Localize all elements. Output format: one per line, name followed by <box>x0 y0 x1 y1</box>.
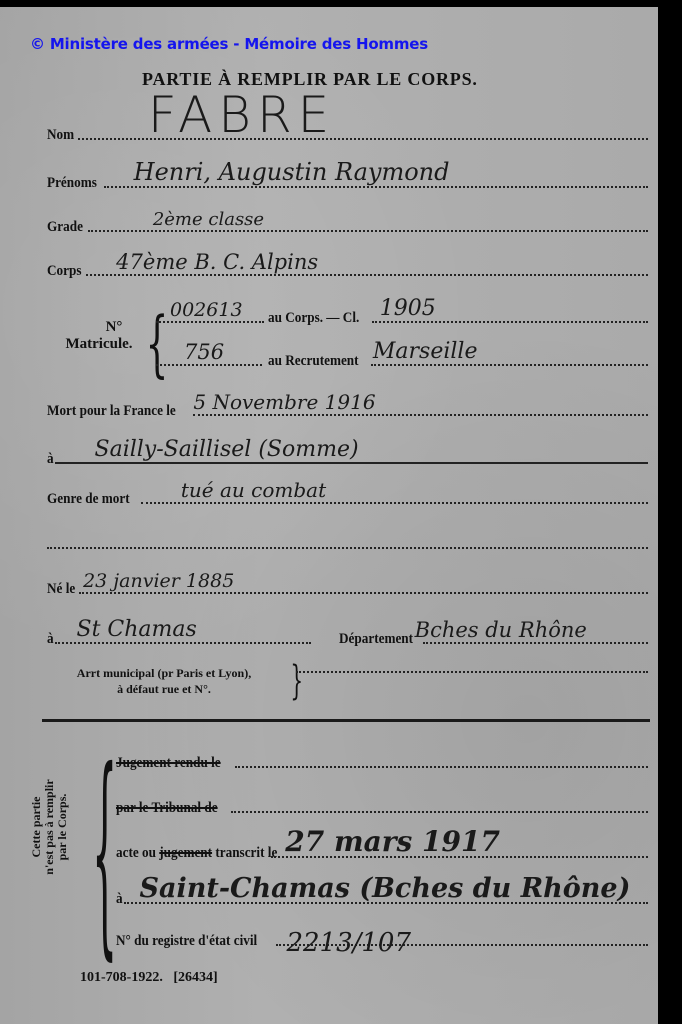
matricule-label: N° Matricule. <box>80 319 148 353</box>
field-matricule-recrutement: 756 au Recrutement Marseille <box>156 353 648 370</box>
corps-label: Corps <box>47 263 81 280</box>
mort-value: 5 Novembre 1916 <box>193 390 375 414</box>
departement-label: Département <box>339 631 413 648</box>
genre-mort-label: Genre de mort <box>47 491 130 508</box>
field-lieu-naissance: à St Chamas Département Bches du Rhône <box>47 631 648 648</box>
matricule-corps-label: au Corps. — Cl. <box>268 310 359 327</box>
jugement-label: Jugement rendu le <box>116 755 221 772</box>
recrutement-value: Marseille <box>373 339 478 364</box>
transcrit-value: 27 mars 1917 <box>285 825 500 858</box>
nom-value: FABRE <box>148 86 335 144</box>
field-arrondissement <box>296 671 648 677</box>
registre-label: N° du registre d'état civil <box>116 933 257 950</box>
classe-value: 1905 <box>380 296 436 321</box>
section-brace: { <box>92 741 117 961</box>
grade-value: 2ème classe <box>153 209 264 230</box>
prenoms-label: Prénoms <box>47 175 97 192</box>
recrutement-number: 756 <box>184 340 224 364</box>
transcrit-lieu-value: Saint-Chamas (Bches du Rhône) <box>140 873 631 904</box>
field-ne-le: Né le 23 janvier 1885 <box>47 581 648 598</box>
field-grade: Grade 2ème classe <box>47 219 648 236</box>
ne-le-value: 23 janvier 1885 <box>83 570 234 592</box>
death-record-card: © Ministère des armées - Mémoire des Hom… <box>0 7 658 1024</box>
field-genre-mort: Genre de mort tué au combat <box>47 491 648 508</box>
arrondissement-value <box>296 671 648 673</box>
copyright-watermark: © Ministère des armées - Mémoire des Hom… <box>30 35 428 53</box>
genre-mort-value: tué au combat <box>181 478 326 502</box>
registre-value: 2213/107 <box>286 928 411 958</box>
prenoms-value: Henri, Augustin Raymond <box>134 158 450 186</box>
transcrit-label: acte ou jugement transcrit le <box>116 845 277 862</box>
section-separator <box>42 719 650 722</box>
arrondissement-brace: } <box>290 661 303 701</box>
lieu-naissance-label: à <box>47 631 54 648</box>
recrutement-label: au Recrutement <box>268 353 359 370</box>
field-registre: N° du registre d'état civil 2213/107 <box>116 933 648 950</box>
ne-le-label: Né le <box>47 581 75 598</box>
field-lieu-mort: à Sailly-Saillisel (Somme) <box>47 451 648 468</box>
field-transcrit: acte ou jugement transcrit le 27 mars 19… <box>116 845 648 862</box>
field-tribunal: par le Tribunal de <box>116 800 648 817</box>
blank-line <box>47 547 648 553</box>
field-corps: Corps 47ème B. C. Alpins <box>47 263 648 280</box>
transcrit-lieu-label: à <box>116 891 123 908</box>
arrondissement-label: Arrt municipal (pr Paris et Lyon), à déf… <box>46 665 282 697</box>
side-note: Cette partie n'est pas à remplir par le … <box>30 767 69 887</box>
mort-label: Mort pour la France le <box>47 403 176 420</box>
lieu-mort-value: Sailly-Saillisel (Somme) <box>95 437 359 462</box>
lieu-mort-label: à <box>47 451 54 468</box>
grade-label: Grade <box>47 219 83 236</box>
nom-label: Nom <box>47 127 74 144</box>
matricule-corps-value: 002613 <box>170 299 243 321</box>
form-reference: 101-708-1922. [26434] <box>80 970 218 986</box>
field-prenoms: Prénoms Henri, Augustin Raymond <box>47 175 648 192</box>
corps-value: 47ème B. C. Alpins <box>116 250 318 274</box>
field-matricule-corps: 002613 au Corps. — Cl. 1905 <box>156 310 648 327</box>
tribunal-label: par le Tribunal de <box>116 800 218 817</box>
lieu-naissance-value: St Chamas <box>77 617 197 642</box>
departement-value: Bches du Rhône <box>415 618 587 642</box>
field-mort: Mort pour la France le 5 Novembre 1916 <box>47 403 648 420</box>
field-nom: Nom FABRE <box>47 127 648 144</box>
field-jugement: Jugement rendu le <box>116 755 648 772</box>
field-transcrit-lieu: à Saint-Chamas (Bches du Rhône) <box>116 891 648 908</box>
